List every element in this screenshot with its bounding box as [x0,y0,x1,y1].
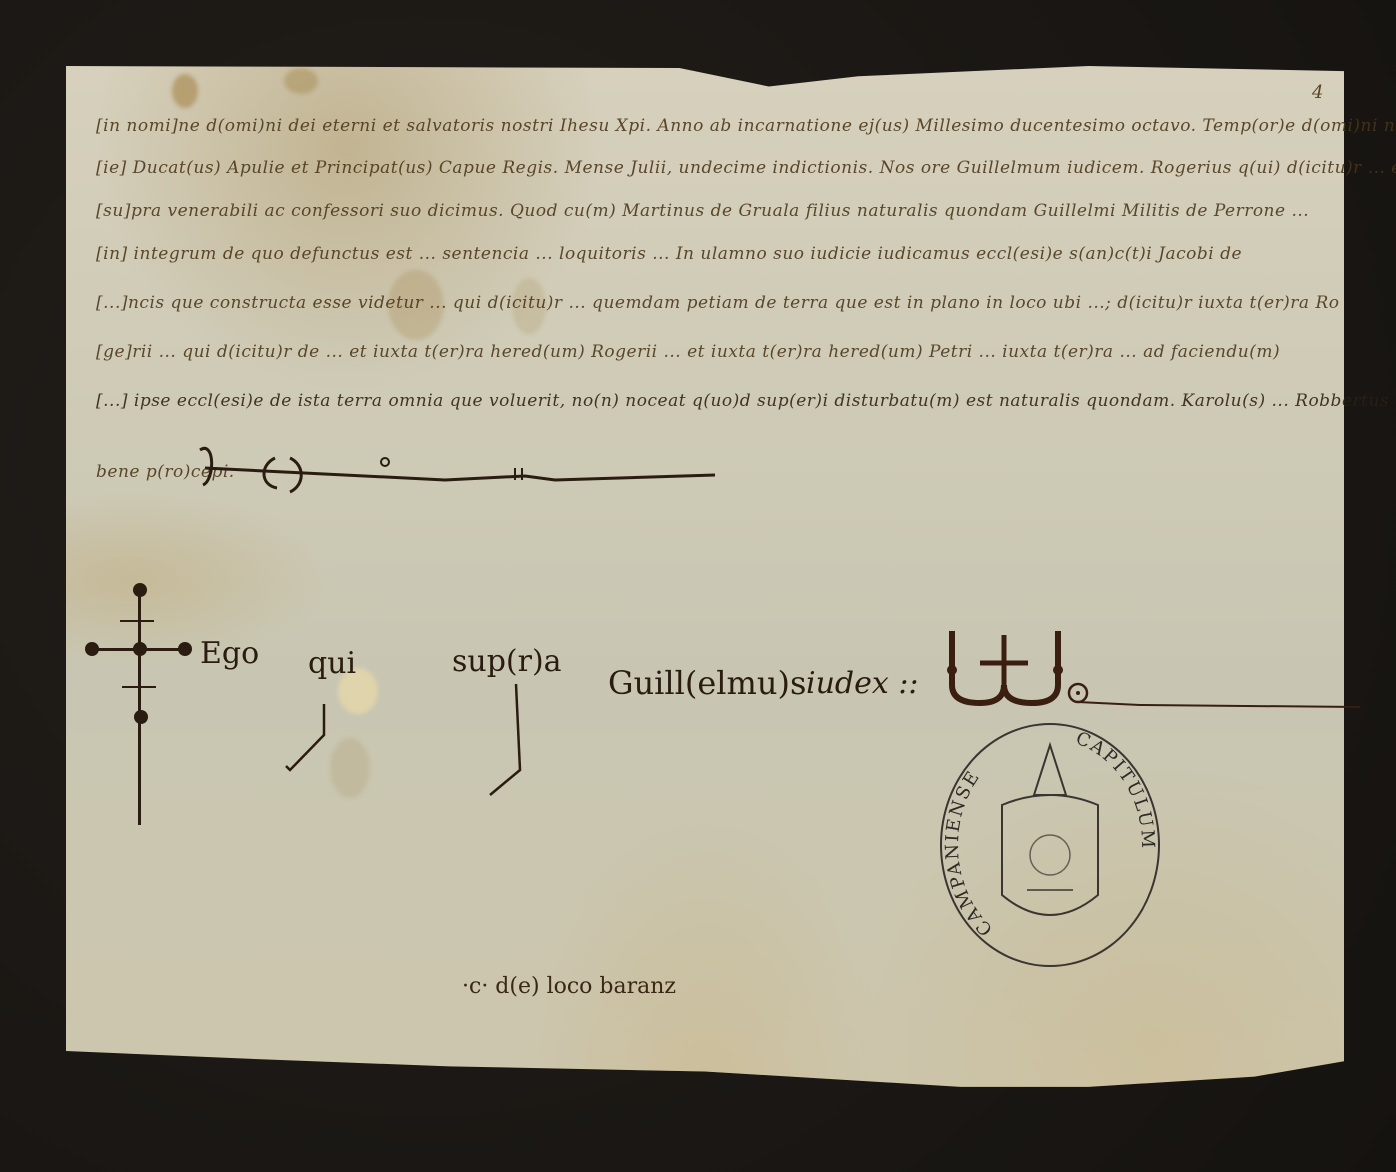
signature-qui: qui [308,646,356,681]
svg-text:CAPITULUM: CAPITULUM [1073,728,1158,851]
text-line-6: [ge]rii ... qui d(icitu)r de ... et iuxt… [96,342,1336,362]
stain [172,74,198,108]
signature-guillelmus: Guill(elmu)s [608,664,806,702]
signature-iudex: iudex :: [806,666,919,701]
signature-ego: Ego [200,636,259,671]
supra-descender [480,680,540,800]
chapter-seal-stamp: CAPITULUM CAMPANIENSE [940,723,1160,967]
corner-mark: 4 [1312,82,1323,103]
svg-text:CAMPANIENSE: CAMPANIENSE [942,766,997,940]
text-line-3: [su]pra venerabili ac confessori suo dic… [96,201,1336,221]
text-line-2: [ie] Ducat(us) Apulie et Principat(us) C… [96,158,1336,178]
judge-monogram-icon [940,625,1360,715]
text-line-8: bene p(ro)cepi. [96,462,206,482]
seal-inscription-top: CAPITULUM [1073,728,1158,851]
stain [284,68,318,94]
text-line-7: [...] ipse eccl(esi)e de ista terra omni… [96,391,1336,411]
text-line-5: [...]ncis que constructa esse videtur ..… [96,293,1336,313]
qui-descender [280,700,340,780]
text-line-4: [in] integrum de quo defunctus est ... s… [96,244,1336,264]
signature-supra: sup(r)a [452,644,562,679]
closing-flourish [195,440,715,500]
archival-notation: ·c· d(e) loco baranz [462,974,676,999]
seal-inscription-left: CAMPANIENSE [942,766,997,940]
text-line-1: [in nomi]ne d(omi)ni dei eterni et salva… [96,116,1336,136]
